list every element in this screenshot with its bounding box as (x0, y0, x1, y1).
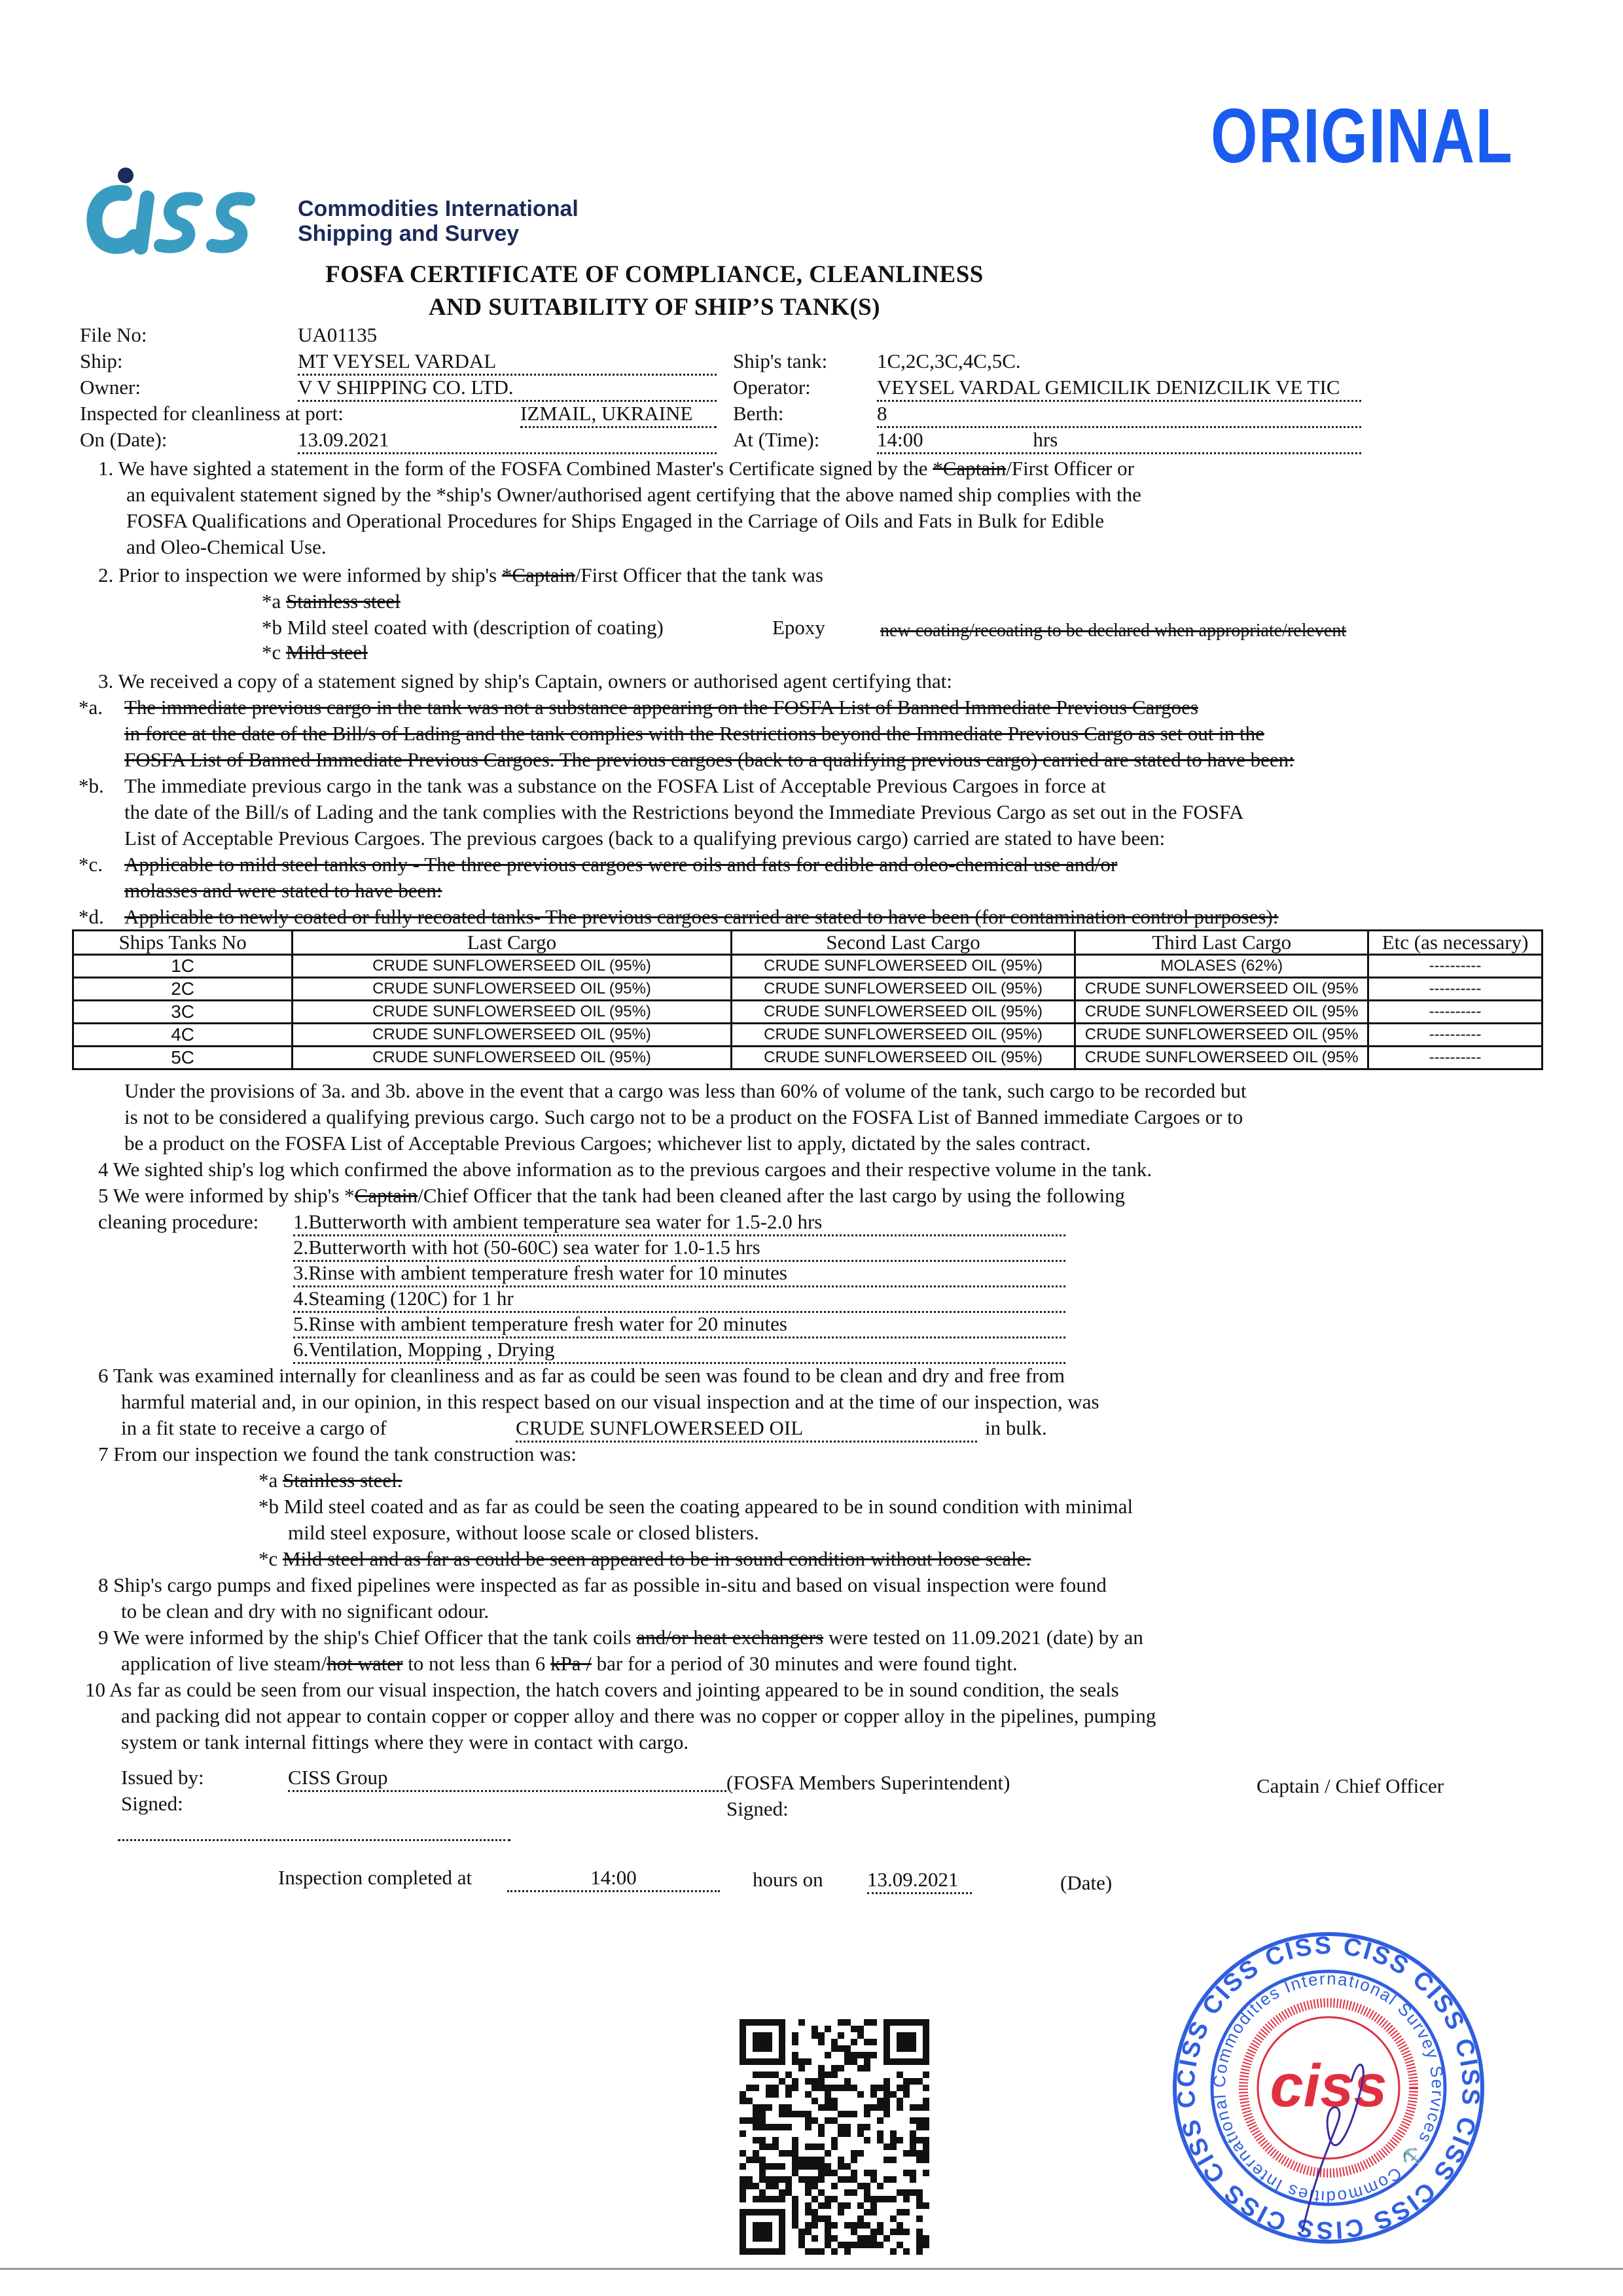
time-value: 14:00 hrs (877, 427, 1361, 454)
ships-tank-value: 1C,2C,3C,4C,5C. (877, 349, 1021, 374)
clause-3c-line-2: molasses and were stated to have been: (124, 878, 442, 903)
cargo-cell: ---------- (1368, 1024, 1543, 1047)
clause-2-option-b: *b Mild steel coated with (description o… (262, 615, 664, 640)
issued-by-value: CISS Group (288, 1765, 726, 1792)
clause-3a-mark: *a. (79, 695, 103, 720)
cleaning-step: 1.Butterworth with ambient temperature s… (293, 1210, 1065, 1236)
berth-value: 8 (877, 401, 1361, 428)
clause-8-line-1: 8 Ship's cargo pumps and fixed pipelines… (98, 1573, 1107, 1598)
cargo-cell: CRUDE SUNFLOWERSEED OIL (95% (1075, 1001, 1368, 1024)
clause-3c-mark: *c. (79, 852, 103, 877)
clause-1-line-4: and Oleo-Chemical Use. (126, 535, 327, 560)
cleaning-step: 4.Steaming (120C) for 1 hr (293, 1286, 1065, 1313)
certificate-title-line1: FOSFA CERTIFICATE OF COMPLIANCE, CLEANLI… (131, 260, 1178, 289)
provisions-line-3: be a product on the FOSFA List of Accept… (124, 1131, 1091, 1156)
ciss-seal-stamp-icon: CISS CISS CISS CISS CISS CISS CISS CISS … (1165, 1924, 1492, 2251)
qr-code-icon (740, 2019, 929, 2255)
clause-3b-line-1: The immediate previous cargo in the tank… (124, 774, 1106, 798)
clause-10-line-2: and packing did not appear to contain co… (121, 1704, 1156, 1729)
inspection-completed-label: Inspection completed at (278, 1865, 472, 1890)
provisions-line-1: Under the provisions of 3a. and 3b. abov… (124, 1079, 1247, 1103)
ciss-logo-icon (85, 164, 281, 255)
file-no-value: UA01135 (298, 323, 377, 348)
company-name: Commodities International Shipping and S… (298, 196, 579, 246)
time-label: At (Time): (733, 427, 819, 452)
ships-tank-label: Ship's tank: (733, 349, 827, 374)
cargo-cell: CRUDE SUNFLOWERSEED OIL (95% (1075, 1024, 1368, 1047)
clause-9-line-2: application of live steam/hot water to n… (121, 1651, 1018, 1676)
clause-7-option-b: *b Mild steel coated and as far as could… (259, 1494, 1133, 1519)
signed-label: Signed: (121, 1791, 183, 1816)
column-header: Etc (as necessary) (1368, 931, 1543, 955)
operator-label: Operator: (733, 375, 811, 400)
clause-1-line-3: FOSFA Qualifications and Operational Pro… (126, 509, 1104, 533)
cargo-cell: CRUDE SUNFLOWERSEED OIL (95% (1075, 1047, 1368, 1069)
company-name-line2: Shipping and Survey (298, 221, 579, 246)
clause-1-line-1: 1. We have sighted a statement in the fo… (98, 456, 1134, 481)
signature-line (118, 1839, 510, 1841)
table-header-row: Ships Tanks No Last Cargo Second Last Ca… (73, 931, 1543, 955)
clause-3b-mark: *b. (79, 774, 104, 798)
fosfa-superintendent-label: (FOSFA Members Superintendent) (726, 1770, 1010, 1795)
cargo-cell: ---------- (1368, 1047, 1543, 1069)
cleaning-procedure-label: cleaning procedure: (98, 1210, 259, 1234)
clause-2-option-a: *a Stainless steel (262, 589, 401, 614)
clause-6-line-1: 6 Tank was examined internally for clean… (98, 1363, 1065, 1388)
owner-label: Owner: (80, 375, 141, 400)
column-header: Ships Tanks No (73, 931, 293, 955)
port-label: Inspected for cleanliness at port: (80, 401, 344, 426)
fosfa-signed-label: Signed: (726, 1797, 789, 1821)
cleaning-step: 6.Ventilation, Mopping , Drying (293, 1337, 1065, 1364)
original-stamp: ORIGINAL (1211, 92, 1513, 181)
cargo-cell: CRUDE SUNFLOWERSEED OIL (95% (1075, 978, 1368, 1001)
cargo-cell: ---------- (1368, 978, 1543, 1001)
tank-number-cell: 3C (73, 1001, 293, 1024)
cargo-cell: ---------- (1368, 1001, 1543, 1024)
clause-8-line-2: to be clean and dry with no significant … (121, 1599, 489, 1624)
clause-3b-line-2: the date of the Bill/s of Lading and the… (124, 800, 1243, 825)
berth-label: Berth: (733, 401, 784, 426)
issued-by-label: Issued by: (121, 1765, 204, 1790)
cargo-cell: CRUDE SUNFLOWERSEED OIL (95%) (293, 1001, 732, 1024)
completed-date-value: 13.09.2021 (867, 1867, 972, 1894)
column-header: Last Cargo (293, 931, 732, 955)
in-bulk-label: in bulk. (985, 1416, 1047, 1441)
clause-3b-line-3: List of Acceptable Previous Cargoes. The… (124, 826, 1165, 851)
cargo-cell: CRUDE SUNFLOWERSEED OIL (95%) (731, 955, 1075, 978)
cargo-cell: CRUDE SUNFLOWERSEED OIL (95%) (293, 1024, 732, 1047)
clause-5-intro: 5 We were informed by ship's *Captain/Ch… (98, 1183, 1125, 1208)
cargo-cell: CRUDE SUNFLOWERSEED OIL (95%) (293, 1047, 732, 1069)
time-value-text: 14:00 (877, 428, 923, 451)
clause-6-line-3: in a fit state to receive a cargo of (121, 1416, 387, 1441)
captain-chief-officer-label: Captain / Chief Officer (1257, 1774, 1444, 1799)
company-name-line1: Commodities International (298, 196, 579, 221)
ship-value: MT VEYSEL VARDAL (298, 349, 717, 376)
clause-9-line-1: 9 We were informed by the ship's Chief O… (98, 1625, 1143, 1650)
completed-time-value: 14:00 (507, 1865, 720, 1892)
table-row: 3CCRUDE SUNFLOWERSEED OIL (95%)CRUDE SUN… (73, 1001, 1543, 1024)
table-row: 2CCRUDE SUNFLOWERSEED OIL (95%)CRUDE SUN… (73, 978, 1543, 1001)
clause-3a-line-3: FOSFA List of Banned Immediate Previous … (124, 747, 1294, 772)
clause-1-line-2: an equivalent statement signed by the *s… (126, 482, 1141, 507)
date-label-suffix: (Date) (1060, 1871, 1112, 1895)
clause-4: 4 We sighted ship's log which confirmed … (98, 1157, 1152, 1182)
port-value: IZMAIL, UKRAINE (520, 401, 717, 428)
clause-7-option-c: *c Mild steel and as far as could be see… (259, 1547, 1031, 1571)
date-label: On (Date): (80, 427, 167, 452)
tank-number-cell: 2C (73, 978, 293, 1001)
clause-3d-mark: *d. (79, 905, 104, 929)
clause-3a-line-1: The immediate previous cargo in the tank… (124, 695, 1198, 720)
cleaning-step: 2.Butterworth with hot (50-60C) sea wate… (293, 1235, 1065, 1262)
cargo-cell: CRUDE SUNFLOWERSEED OIL (95%) (731, 1047, 1075, 1069)
clause-7-option-a: *a Stainless steel. (259, 1468, 402, 1493)
cargo-cell: CRUDE SUNFLOWERSEED OIL (95%) (293, 978, 732, 1001)
clause-3-intro: 3. We received a copy of a statement sig… (98, 669, 952, 694)
table-row: 4CCRUDE SUNFLOWERSEED OIL (95%)CRUDE SUN… (73, 1024, 1543, 1047)
operator-value: VEYSEL VARDAL GEMICILIK DENIZCILIK VE TI… (877, 375, 1361, 402)
provisions-line-2: is not to be considered a qualifying pre… (124, 1105, 1243, 1130)
clause-3d-line-1: Applicable to newly coated or fully reco… (124, 905, 1278, 929)
cargo-cell: CRUDE SUNFLOWERSEED OIL (95%) (731, 1024, 1075, 1047)
file-no-label: File No: (80, 323, 147, 348)
tank-number-cell: 4C (73, 1024, 293, 1047)
table-row: 1CCRUDE SUNFLOWERSEED OIL (95%)CRUDE SUN… (73, 955, 1543, 978)
column-header: Third Last Cargo (1075, 931, 1368, 955)
owner-value: V V SHIPPING CO. LTD. (298, 375, 717, 402)
time-unit: hrs (1033, 428, 1058, 451)
date-value: 13.09.2021 (298, 427, 717, 454)
clause-7-intro: 7 From our inspection we found the tank … (98, 1442, 577, 1467)
clause-2-option-c: *c Mild steel (262, 640, 368, 665)
cargo-cell: CRUDE SUNFLOWERSEED OIL (95%) (731, 1001, 1075, 1024)
svg-text:ciss: ciss (1270, 2053, 1387, 2119)
clause-3a-line-2: in force at the date of the Bill/s of La… (124, 721, 1264, 746)
tank-number-cell: 5C (73, 1047, 293, 1069)
certificate-title-line2: AND SUITABILITY OF SHIP’S TANK(S) (131, 293, 1178, 321)
clause-10-line-3: system or tank internal fittings where t… (121, 1730, 688, 1755)
table-row: 5CCRUDE SUNFLOWERSEED OIL (95%)CRUDE SUN… (73, 1047, 1543, 1069)
clause-10-line-1: 10 As far as could be seen from our visu… (85, 1677, 1119, 1702)
ship-label: Ship: (80, 349, 122, 374)
clause-7-option-b-line-2: mild steel exposure, without loose scale… (288, 1520, 759, 1545)
hours-on-label: hours on (753, 1867, 823, 1892)
cargo-cell: ---------- (1368, 955, 1543, 978)
clause-2-intro: 2. Prior to inspection we were informed … (98, 563, 823, 588)
clause-3c-line-1: Applicable to mild steel tanks only - Th… (124, 852, 1117, 877)
cleaning-step: 3.Rinse with ambient temperature fresh w… (293, 1261, 1065, 1287)
column-header: Second Last Cargo (731, 931, 1075, 955)
cleaning-step: 5.Rinse with ambient temperature fresh w… (293, 1312, 1065, 1338)
cargo-cell: CRUDE SUNFLOWERSEED OIL (95%) (731, 978, 1075, 1001)
cargo-cell: MOLASES (62%) (1075, 955, 1368, 978)
clause-6-line-2: harmful material and, in our opinion, in… (121, 1390, 1099, 1414)
tank-number-cell: 1C (73, 955, 293, 978)
cargo-cell: CRUDE SUNFLOWERSEED OIL (95%) (293, 955, 732, 978)
previous-cargo-table: Ships Tanks No Last Cargo Second Last Ca… (72, 929, 1543, 1070)
coating-value: Epoxy (772, 615, 825, 640)
clause-2-option-b-note: new coating/recoating to be declared whe… (880, 619, 1346, 643)
fit-cargo-value: CRUDE SUNFLOWERSEED OIL (516, 1416, 977, 1443)
page-bottom-border (0, 2268, 1623, 2270)
